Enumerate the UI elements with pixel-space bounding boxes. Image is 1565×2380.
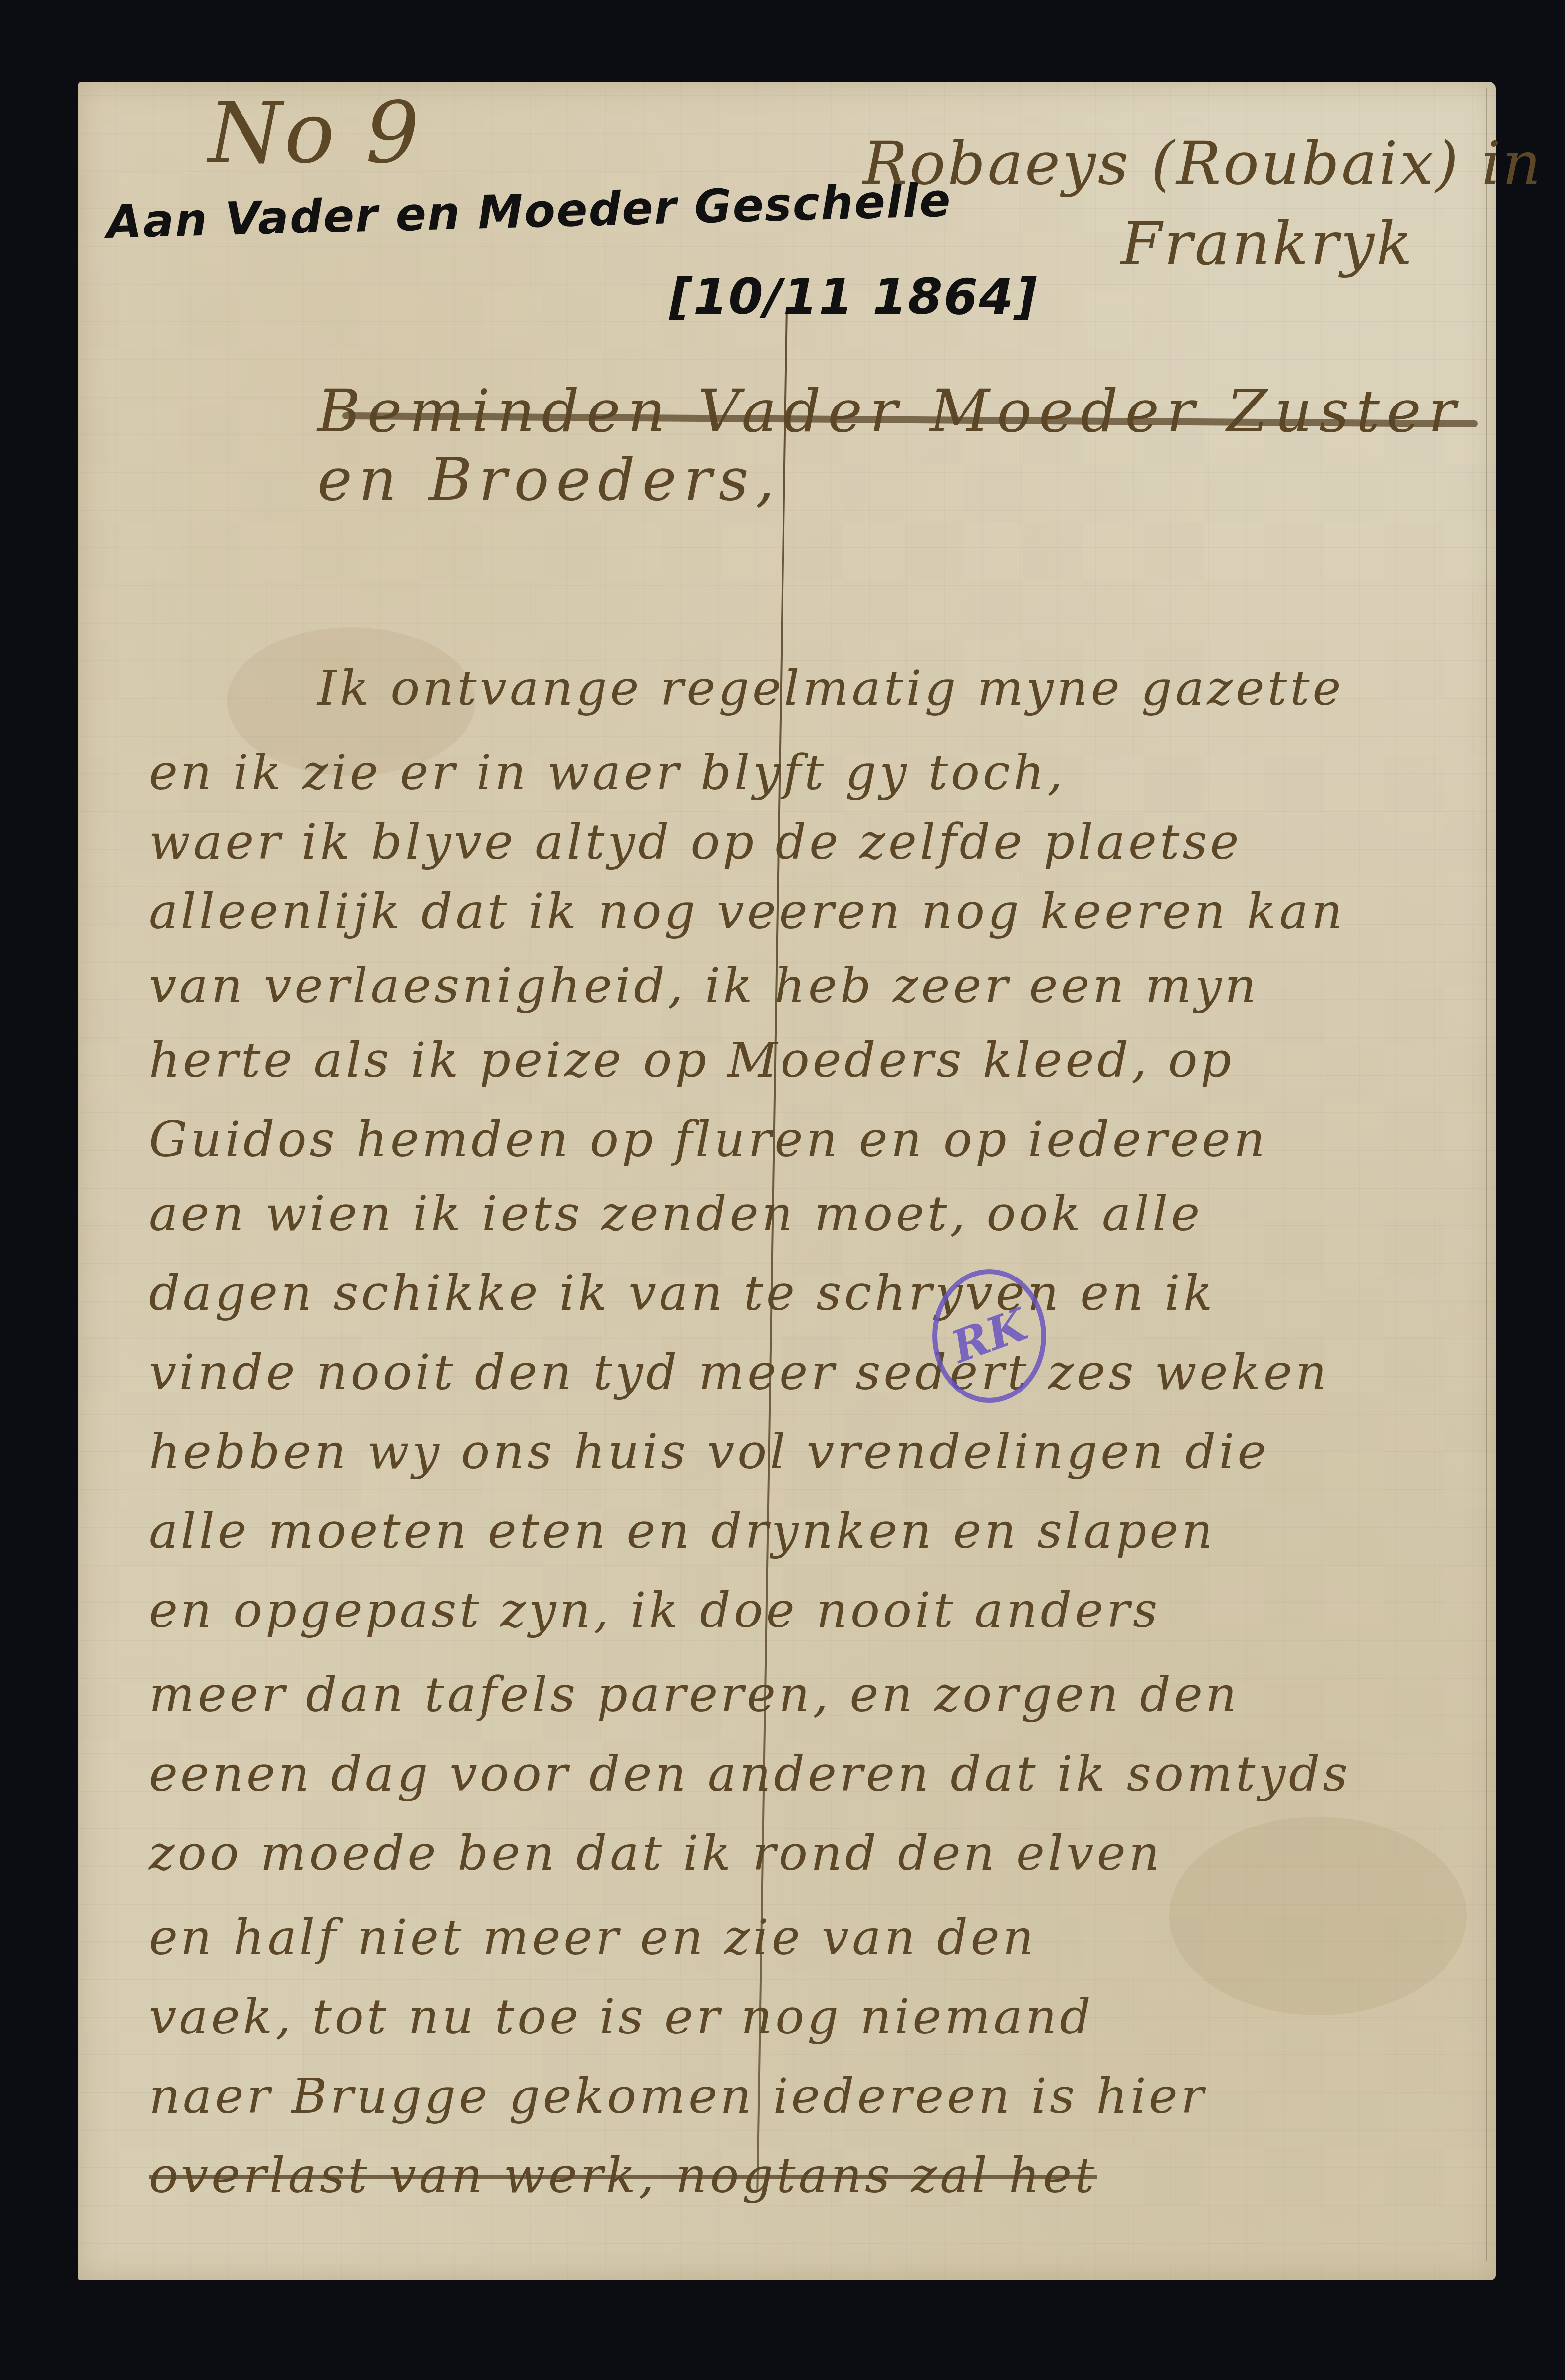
body-line: eenen dag voor den anderen dat ik somtyd… [149, 1750, 1438, 1799]
archive-stamp-icon: RK [932, 1269, 1046, 1403]
body-line: aen wien ik iets zenden moet, ook alle [149, 1190, 1438, 1238]
body-line: overlast van werk, nogtans zal het [149, 2151, 1438, 2200]
body-line: zoo moede ben dat ik rond den elven [149, 1829, 1438, 1878]
body-line: alleenlijk dat ik nog veeren nog keeren … [149, 887, 1438, 936]
body-line: meer dan tafels pareren, en zorgen den [149, 1671, 1438, 1719]
body-line: en opgepast zyn, ik doe nooit anders [149, 1586, 1438, 1635]
body-line: Guidos hemden op fluren en op iedereen [149, 1115, 1438, 1164]
body-line: Ik ontvange regelmatig myne gazette [317, 664, 1565, 713]
stamp-monogram: RK [945, 1298, 1034, 1374]
body-line: hebben wy ons huis vol vrendelingen die [149, 1428, 1438, 1476]
body-line: en half niet meer en zie van den [149, 1914, 1438, 1962]
body-line: waer ik blyve altyd op de zelfde plaetse [149, 818, 1438, 867]
body-line: herte als ik peize op Moeders kleed, op [149, 1036, 1438, 1085]
body-line: alle moeten eten en drynken en slapen [149, 1507, 1438, 1556]
body-line: vaek, tot nu toe is er nog niemand [149, 1993, 1438, 2041]
body-line: en ik zie er in waer blyft gy toch, [149, 749, 1438, 797]
body-line: dagen schikke ik van te schryven en ik [149, 1269, 1438, 1318]
body-line: vinde nooit den tyd meer sedert zes weke… [149, 1348, 1438, 1397]
body-line: naer Brugge gekomen iedereen is hier [149, 2072, 1438, 2121]
letter-body: Ik ontvange regelmatig myne gazette en i… [0, 0, 1565, 2380]
body-line: van verlaesnigheid, ik heb zeer een myn [149, 962, 1438, 1010]
